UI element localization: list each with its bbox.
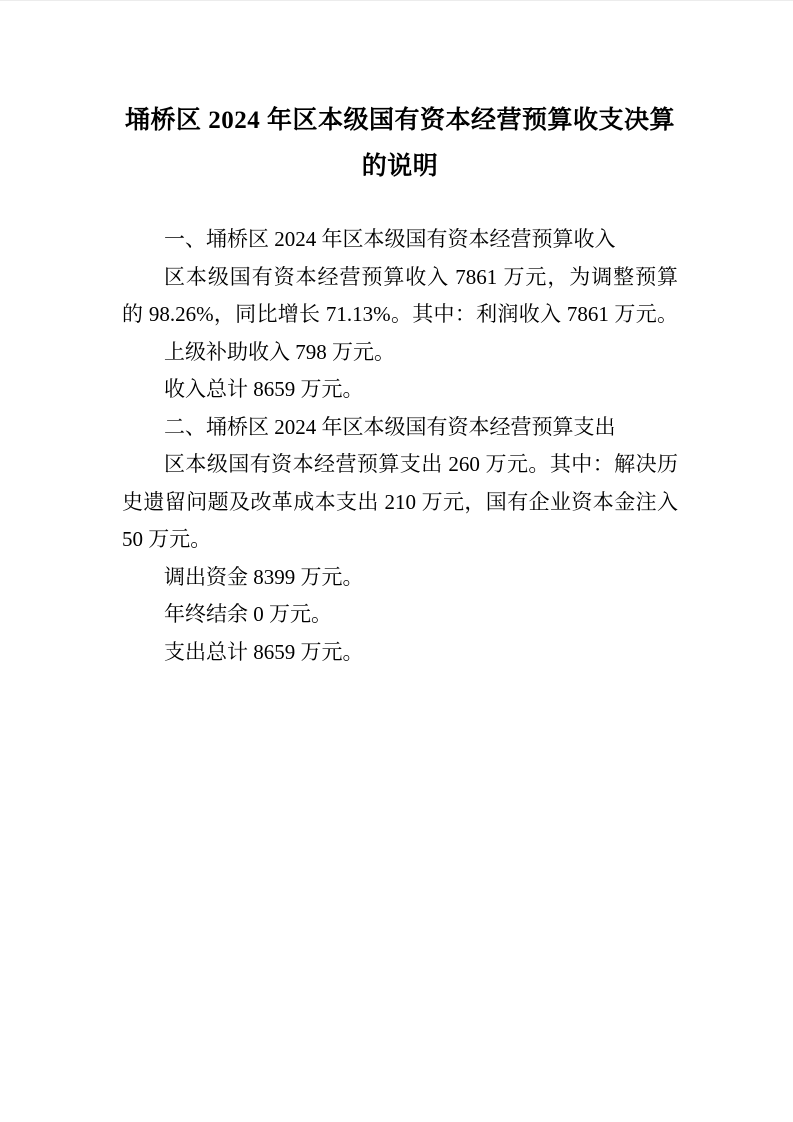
title-line-2: 的说明 xyxy=(122,144,678,190)
paragraph-line: 一、埇桥区 2024 年区本级国有资本经营预算收入 xyxy=(122,221,678,259)
paragraph-line: 的 98.26%，同比增长 71.13%。其中：利润收入 7861 万元。 xyxy=(122,296,678,334)
paragraph-income-detail: 区本级国有资本经营预算收入 7861 万元，为调整预算 的 98.26%，同比增… xyxy=(122,259,678,334)
paragraph-expenditure-detail: 区本级国有资本经营预算支出 260 万元。其中：解决历 史遗留问题及改革成本支出… xyxy=(122,446,678,559)
document-page: 埇桥区 2024 年区本级国有资本经营预算收支决算 的说明 一、埇桥区 2024… xyxy=(0,0,793,1122)
paragraph-line: 调出资金 8399 万元。 xyxy=(122,559,678,597)
title-line-1: 埇桥区 2024 年区本级国有资本经营预算收支决算 xyxy=(122,98,678,144)
paragraph-total-expenditure: 支出总计 8659 万元。 xyxy=(122,634,678,672)
paragraph-line: 二、埇桥区 2024 年区本级国有资本经营预算支出 xyxy=(122,409,678,447)
paragraph-line: 50 万元。 xyxy=(122,521,678,559)
paragraph-line: 支出总计 8659 万元。 xyxy=(122,634,678,672)
paragraph-total-income: 收入总计 8659 万元。 xyxy=(122,371,678,409)
document-body: 一、埇桥区 2024 年区本级国有资本经营预算收入 区本级国有资本经营预算收入 … xyxy=(122,221,678,671)
paragraph-line: 上级补助收入 798 万元。 xyxy=(122,334,678,372)
section-heading-income: 一、埇桥区 2024 年区本级国有资本经营预算收入 xyxy=(122,221,678,259)
paragraph-transfer-out: 调出资金 8399 万元。 xyxy=(122,559,678,597)
paragraph-year-end-balance: 年终结余 0 万元。 xyxy=(122,596,678,634)
document-title: 埇桥区 2024 年区本级国有资本经营预算收支决算 的说明 xyxy=(122,98,678,190)
paragraph-subsidy-income: 上级补助收入 798 万元。 xyxy=(122,334,678,372)
paragraph-line: 年终结余 0 万元。 xyxy=(122,596,678,634)
paragraph-line: 区本级国有资本经营预算支出 260 万元。其中：解决历 xyxy=(122,446,678,484)
section-heading-expenditure: 二、埇桥区 2024 年区本级国有资本经营预算支出 xyxy=(122,409,678,447)
paragraph-line: 收入总计 8659 万元。 xyxy=(122,371,678,409)
paragraph-line: 区本级国有资本经营预算收入 7861 万元，为调整预算 xyxy=(122,259,678,297)
paragraph-line: 史遗留问题及改革成本支出 210 万元，国有企业资本金注入 xyxy=(122,484,678,522)
